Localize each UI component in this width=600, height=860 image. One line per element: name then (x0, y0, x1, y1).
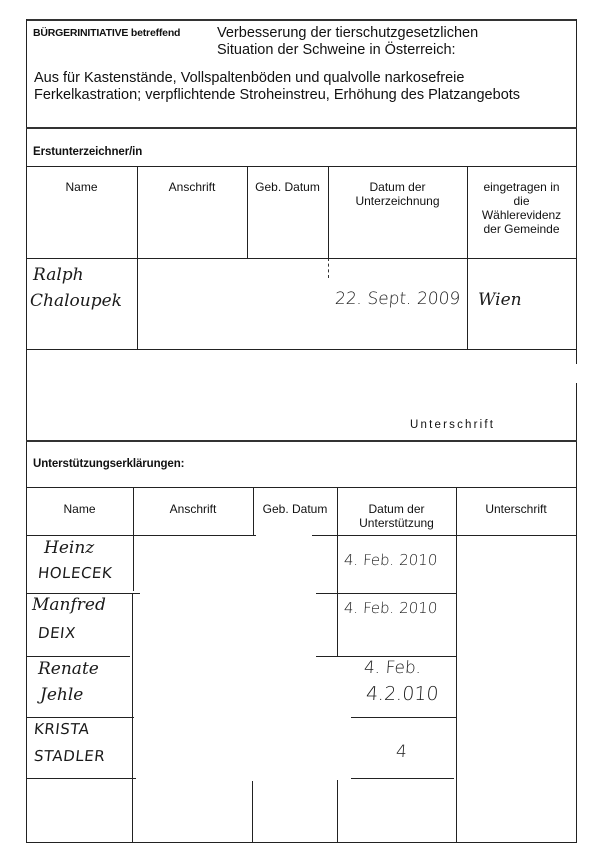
header-top-border (26, 19, 577, 21)
supporter-4-support-date: 4 (395, 742, 407, 762)
supporter-4-name-first: KRISTA (33, 720, 90, 739)
first-col-header-birthdate: Geb. Datum (247, 180, 328, 194)
first-signer-title: Erstunterzeichner/in (33, 146, 142, 158)
supporters-table-bottom (26, 842, 577, 843)
first-signer-registered-in: Wien (478, 291, 522, 310)
first-table-top (26, 166, 577, 167)
supporter-2-support-date: 4. Feb. 2010 (343, 598, 438, 618)
header-bottom-border (26, 127, 577, 129)
subject-line-2: Situation der Schweine in Österreich: (217, 42, 478, 59)
header-line: Unterstützung (337, 516, 456, 530)
supporter-2-name-last: DEIX (37, 624, 77, 643)
supporter-row-4-bottom-right (351, 778, 454, 779)
supporter-row-1-bottom-right (316, 593, 456, 594)
first-signer-name-first: Ralph (33, 266, 84, 285)
demands-line-2: Ferkelkastration; verpflichtende Strohei… (34, 87, 520, 104)
sup-header-bottom-left (26, 535, 256, 536)
subject-line-1: Verbesserung der tierschutzgesetzlichen (217, 25, 478, 42)
supporter-row-1-bottom-left (26, 593, 140, 594)
supporter-2-name-first: Manfred (32, 596, 106, 615)
supporter-row-3-bottom-left (26, 717, 134, 718)
supporter-3-name-first: Renate (38, 660, 99, 679)
supporter-1-name-last: HOLECEK (37, 564, 113, 583)
first-col-divider-3-fragment (328, 258, 329, 278)
outer-right-border (576, 19, 577, 364)
sup-header-bottom-right (312, 535, 577, 536)
initiative-demands: Aus für Kastenstände, Vollspaltenböden u… (34, 70, 520, 104)
header-line: der Gemeinde (467, 222, 576, 236)
sup-col-header-name: Name (26, 502, 133, 516)
header-line: eingetragen in (467, 180, 576, 194)
first-signer-name-last: Chaloupek (30, 292, 122, 311)
header-line: Unterzeichnung (328, 194, 467, 208)
first-header-bottom (26, 258, 577, 259)
outer-right-border-lower (576, 383, 577, 843)
first-section-bottom (26, 440, 577, 442)
demands-line-1: Aus für Kastenstände, Vollspaltenböden u… (34, 70, 520, 87)
supporters-table-top (26, 487, 577, 488)
supporter-1-support-date: 4. Feb. 2010 (343, 550, 438, 570)
first-col-header-signing-date: Datum der Unterzeichnung (328, 180, 467, 208)
first-row-bottom (26, 349, 577, 350)
supporter-row-2-bottom-right (316, 656, 456, 657)
supporter-3-name-last: Jehle (40, 686, 83, 705)
first-col-header-address: Anschrift (137, 180, 247, 194)
sup-col-divider-3b (337, 780, 338, 842)
outer-left-border (26, 19, 27, 843)
supporter-4-name-last: STADLER (33, 747, 106, 766)
supporters-title: Unterstützungserklärungen: (33, 458, 184, 470)
supporter-3-support-date-1: 4. Feb. (363, 658, 422, 678)
initiative-subject: Verbesserung der tierschutzgesetzlichen … (217, 25, 478, 59)
sup-col-header-address: Anschrift (133, 502, 253, 516)
supporter-3-support-date-2: 4.2.010 (365, 684, 439, 704)
supporter-1-name-first: Heinz (44, 539, 94, 558)
supporter-row-3-bottom-right (351, 717, 456, 718)
first-col-header-registered: eingetragen in die Wählerevidenz der Gem… (467, 180, 576, 236)
header-line: Datum der (337, 502, 456, 516)
header-line: Datum der (328, 180, 467, 194)
sup-col-divider-4 (456, 487, 457, 842)
sup-col-header-support-date: Datum der Unterstützung (337, 502, 456, 530)
first-signer-signature-label: Unterschrift (410, 419, 495, 431)
header-line: Wählerevidenz (467, 208, 576, 222)
sup-col-header-birthdate: Geb. Datum (253, 502, 337, 516)
header-line: die (467, 194, 576, 208)
sup-col-header-signature: Unterschrift (456, 502, 576, 516)
sup-col-divider-2b (252, 781, 253, 842)
first-col-header-name: Name (26, 180, 137, 194)
initiative-label: BÜRGERINITIATIVE betreffend (33, 27, 180, 39)
supporter-row-2-bottom-left (26, 656, 130, 657)
supporter-row-4-bottom-left (26, 778, 136, 779)
first-signer-signing-date: 22. Sept. 2009 (334, 289, 461, 309)
